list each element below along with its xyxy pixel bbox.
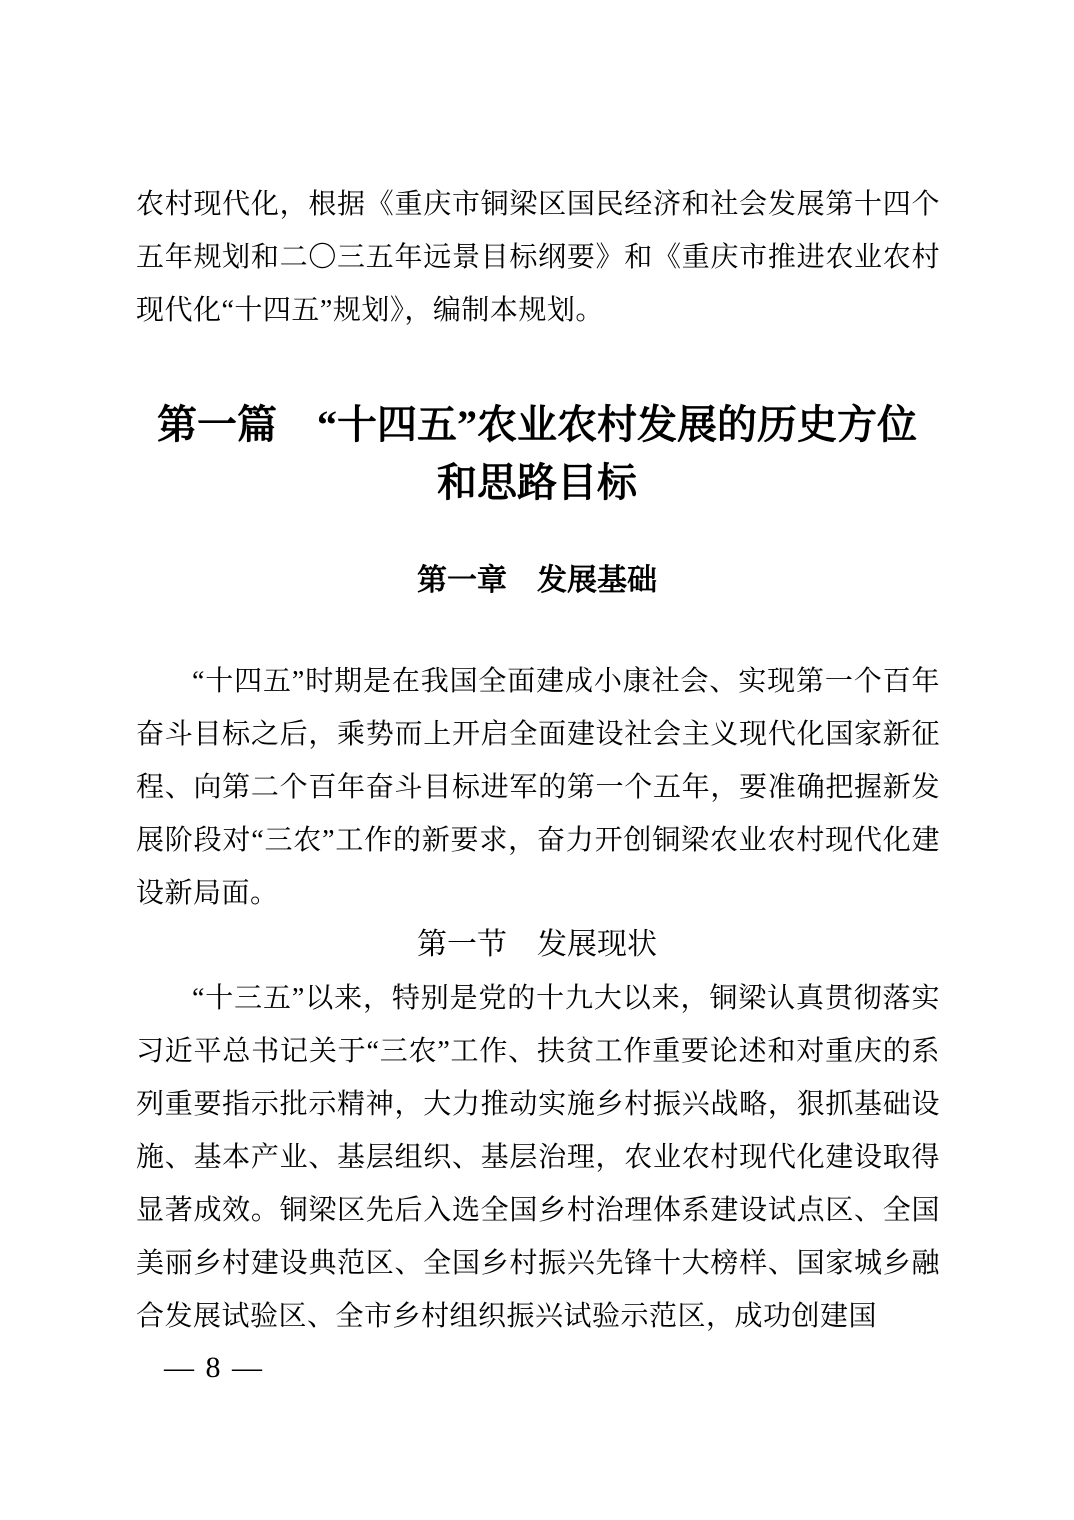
part-title: 第一篇 “十四五”农业农村发展的历史方位 和思路目标	[0, 396, 1074, 512]
paragraph-chapter-intro: “十四五”时期是在我国全面建成小康社会、实现第一个百年奋斗目标之后，乘势而上开启…	[136, 655, 940, 920]
paragraph-section-body: “十三五”以来，特别是党的十九大以来，铜梁认真贯彻落实习近平总书记关于“三农”工…	[136, 972, 940, 1343]
document-page: 农村现代化，根据《重庆市铜梁区国民经济和社会发展第十四个五年规划和二〇三五年远景…	[0, 0, 1074, 1520]
chapter-title: 第一章 发展基础	[0, 560, 1074, 602]
part-title-line2: 和思路目标	[0, 454, 1074, 512]
section-title: 第一节 发展现状	[0, 924, 1074, 966]
part-title-line1: 第一篇 “十四五”农业农村发展的历史方位	[0, 396, 1074, 454]
paragraph-continuation: 农村现代化，根据《重庆市铜梁区国民经济和社会发展第十四个五年规划和二〇三五年远景…	[136, 178, 940, 337]
page-footer-number: — 8 —	[164, 1348, 264, 1388]
